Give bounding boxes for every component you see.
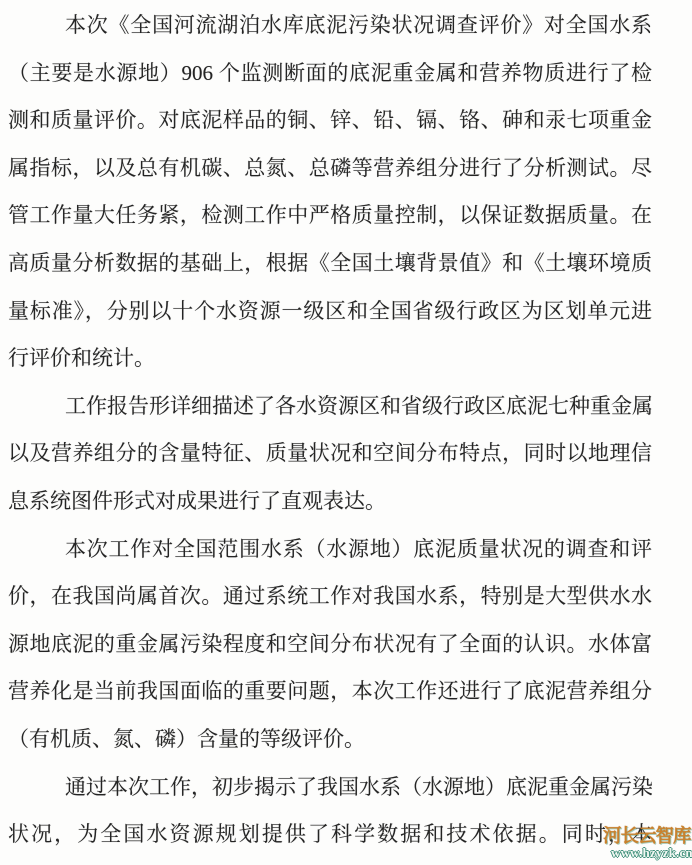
text-line: 行评价和统计。 bbox=[8, 335, 652, 383]
paragraph: 本次工作对全国范围水系（水源地）底泥质量状况的调查和评价，在我国尚属首次。通过系… bbox=[8, 526, 652, 764]
text-line: 状况，为全国水资源规划提供了科学数据和技术依据。同时，本 bbox=[8, 811, 652, 859]
text-line: 价，在我国尚属首次。通过系统工作对我国水系，特别是大型供水水 bbox=[8, 573, 652, 621]
document-text-area: 本次《全国河流湖泊水库底泥污染状况调查评价》对全国水系（主要是水源地）906 个… bbox=[8, 2, 652, 859]
paragraph: 通过本次工作，初步揭示了我国水系（水源地）底泥重金属污染状况，为全国水资源规划提… bbox=[8, 764, 652, 859]
text-line: 本次工作对全国范围水系（水源地）底泥质量状况的调查和评 bbox=[8, 526, 652, 574]
text-line: 营养化是当前我国面临的重要问题，本次工作还进行了底泥营养组分 bbox=[8, 668, 652, 716]
text-line: 量标准》，分别以十个水资源一级区和全国省级行政区为区划单元进 bbox=[8, 288, 652, 336]
text-line: 管工作量大任务紧，检测工作中严格质量控制，以保证数据质量。在 bbox=[8, 192, 652, 240]
text-line: 息系统图件形式对成果进行了直观表达。 bbox=[8, 478, 652, 526]
text-line: （有机质、氮、磷）含量的等级评价。 bbox=[8, 716, 652, 764]
text-line: 通过本次工作，初步揭示了我国水系（水源地）底泥重金属污染 bbox=[8, 764, 652, 812]
document-page: 本次《全国河流湖泊水库底泥污染状况调查评价》对全国水系（主要是水源地）906 个… bbox=[0, 0, 692, 865]
text-line: 测和质量评价。对底泥样品的铜、锌、铅、镉、铬、砷和汞七项重金 bbox=[8, 97, 652, 145]
text-line: 属指标，以及总有机碳、总氮、总磷等营养组分进行了分析测试。尽 bbox=[8, 145, 652, 193]
text-line: （主要是水源地）906 个监测断面的底泥重金属和营养物质进行了检 bbox=[8, 50, 652, 98]
text-line: 源地底泥的重金属污染程度和空间分布状况有了全面的认识。水体富 bbox=[8, 621, 652, 669]
paragraph: 工作报告形详细描述了各水资源区和省级行政区底泥七种重金属以及营养组分的含量特征、… bbox=[8, 383, 652, 526]
text-line: 以及营养组分的含量特征、质量状况和空间分布特点，同时以地理信 bbox=[8, 430, 652, 478]
paragraph: 本次《全国河流湖泊水库底泥污染状况调查评价》对全国水系（主要是水源地）906 个… bbox=[8, 2, 652, 383]
text-line: 工作报告形详细描述了各水资源区和省级行政区底泥七种重金属 bbox=[8, 383, 652, 431]
text-line: 本次《全国河流湖泊水库底泥污染状况调查评价》对全国水系 bbox=[8, 2, 652, 50]
text-line: 高质量分析数据的基础上，根据《全国土壤背景值》和《土壤环境质 bbox=[8, 240, 652, 288]
